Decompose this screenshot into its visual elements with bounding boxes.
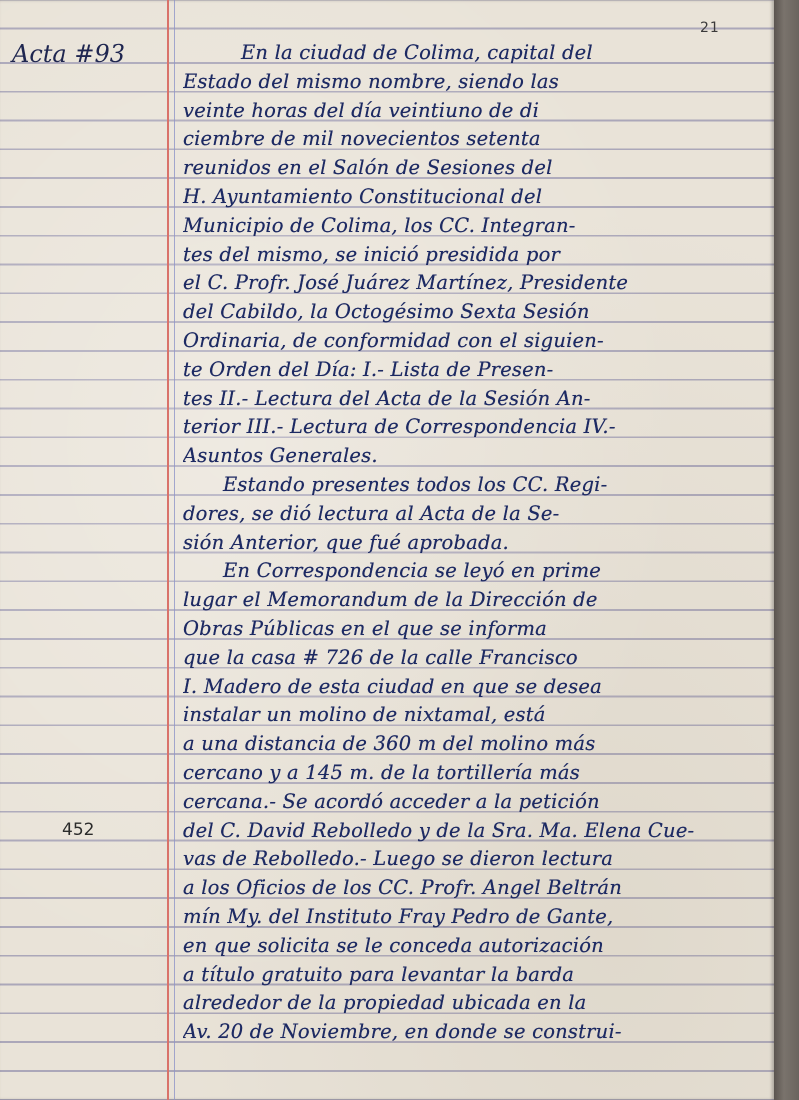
- text-line: veinte horas del día veintiuno de di: [183, 97, 768, 126]
- text-line: Av. 20 de Noviembre, en donde se constru…: [183, 1018, 768, 1047]
- text-line: alrededor de la propiedad ubicada en la: [183, 989, 768, 1018]
- text-line: lugar el Memorandum de la Dirección de: [183, 586, 768, 615]
- margin-line-blue: [174, 0, 175, 1100]
- text-line: el C. Profr. José Juárez Martínez, Presi…: [183, 269, 768, 298]
- text-line: Estado del mismo nombre, siendo las: [183, 68, 768, 97]
- text-line: a título gratuito para levantar la barda: [183, 961, 768, 990]
- text-line: tes del mismo, se inició presidida por: [183, 241, 768, 270]
- text-line: Ordinaria, de conformidad con el siguien…: [183, 327, 768, 356]
- text-line: Asuntos Generales.: [183, 442, 768, 471]
- text-line: cercana.- Se acordó acceder a la petició…: [183, 788, 768, 817]
- text-line: vas de Rebolledo.- Luego se dieron lectu…: [183, 845, 768, 874]
- text-line: H. Ayuntamiento Constitucional del: [183, 183, 768, 212]
- text-line: instalar un molino de nixtamal, está: [183, 701, 768, 730]
- text-line: a los Oficios de los CC. Profr. Angel Be…: [183, 874, 768, 903]
- text-line: que la casa # 726 de la calle Francisco: [183, 644, 768, 673]
- text-line: a una distancia de 360 m del molino más: [183, 730, 768, 759]
- text-line: Obras Públicas en el que se informa: [183, 615, 768, 644]
- handwritten-body: En la ciudad de Colima, capital delEstad…: [183, 39, 768, 1047]
- page-edge-shadow: [774, 0, 799, 1100]
- text-line: En la ciudad de Colima, capital del: [183, 39, 768, 68]
- text-line: tes II.- Lectura del Acta de la Sesión A…: [183, 385, 768, 414]
- text-line: te Orden del Día: I.- Lista de Presen-: [183, 356, 768, 385]
- text-line: Estando presentes todos los CC. Regi-: [183, 471, 768, 500]
- text-line: dores, se dió lectura al Acta de la Se-: [183, 500, 768, 529]
- acta-title: Acta #93: [12, 40, 125, 68]
- text-line: En Correspondencia se leyó en prime: [183, 557, 768, 586]
- text-line: cercano y a 145 m. de la tortillería más: [183, 759, 768, 788]
- text-line: del C. David Rebolledo y de la Sra. Ma. …: [183, 817, 768, 846]
- text-line: en que solicita se le conceda autorizaci…: [183, 932, 768, 961]
- text-line: sión Anterior, que fué aprobada.: [183, 529, 768, 558]
- margin-line-red: [167, 0, 169, 1100]
- text-line: I. Madero de esta ciudad en que se desea: [183, 673, 768, 702]
- text-line: Municipio de Colima, los CC. Integran-: [183, 212, 768, 241]
- text-line: del Cabildo, la Octogésimo Sexta Sesión: [183, 298, 768, 327]
- ledger-page: 21 Acta #93 452 En la ciudad de Colima, …: [0, 0, 774, 1100]
- text-line: ciembre de mil novecientos setenta: [183, 125, 768, 154]
- text-line: reunidos en el Salón de Sesiones del: [183, 154, 768, 183]
- text-line: terior III.- Lectura de Correspondencia …: [183, 413, 768, 442]
- margin-annotation-number: 452: [62, 820, 94, 840]
- text-line: mín My. del Instituto Fray Pedro de Gant…: [183, 903, 768, 932]
- page-number: 21: [700, 20, 720, 36]
